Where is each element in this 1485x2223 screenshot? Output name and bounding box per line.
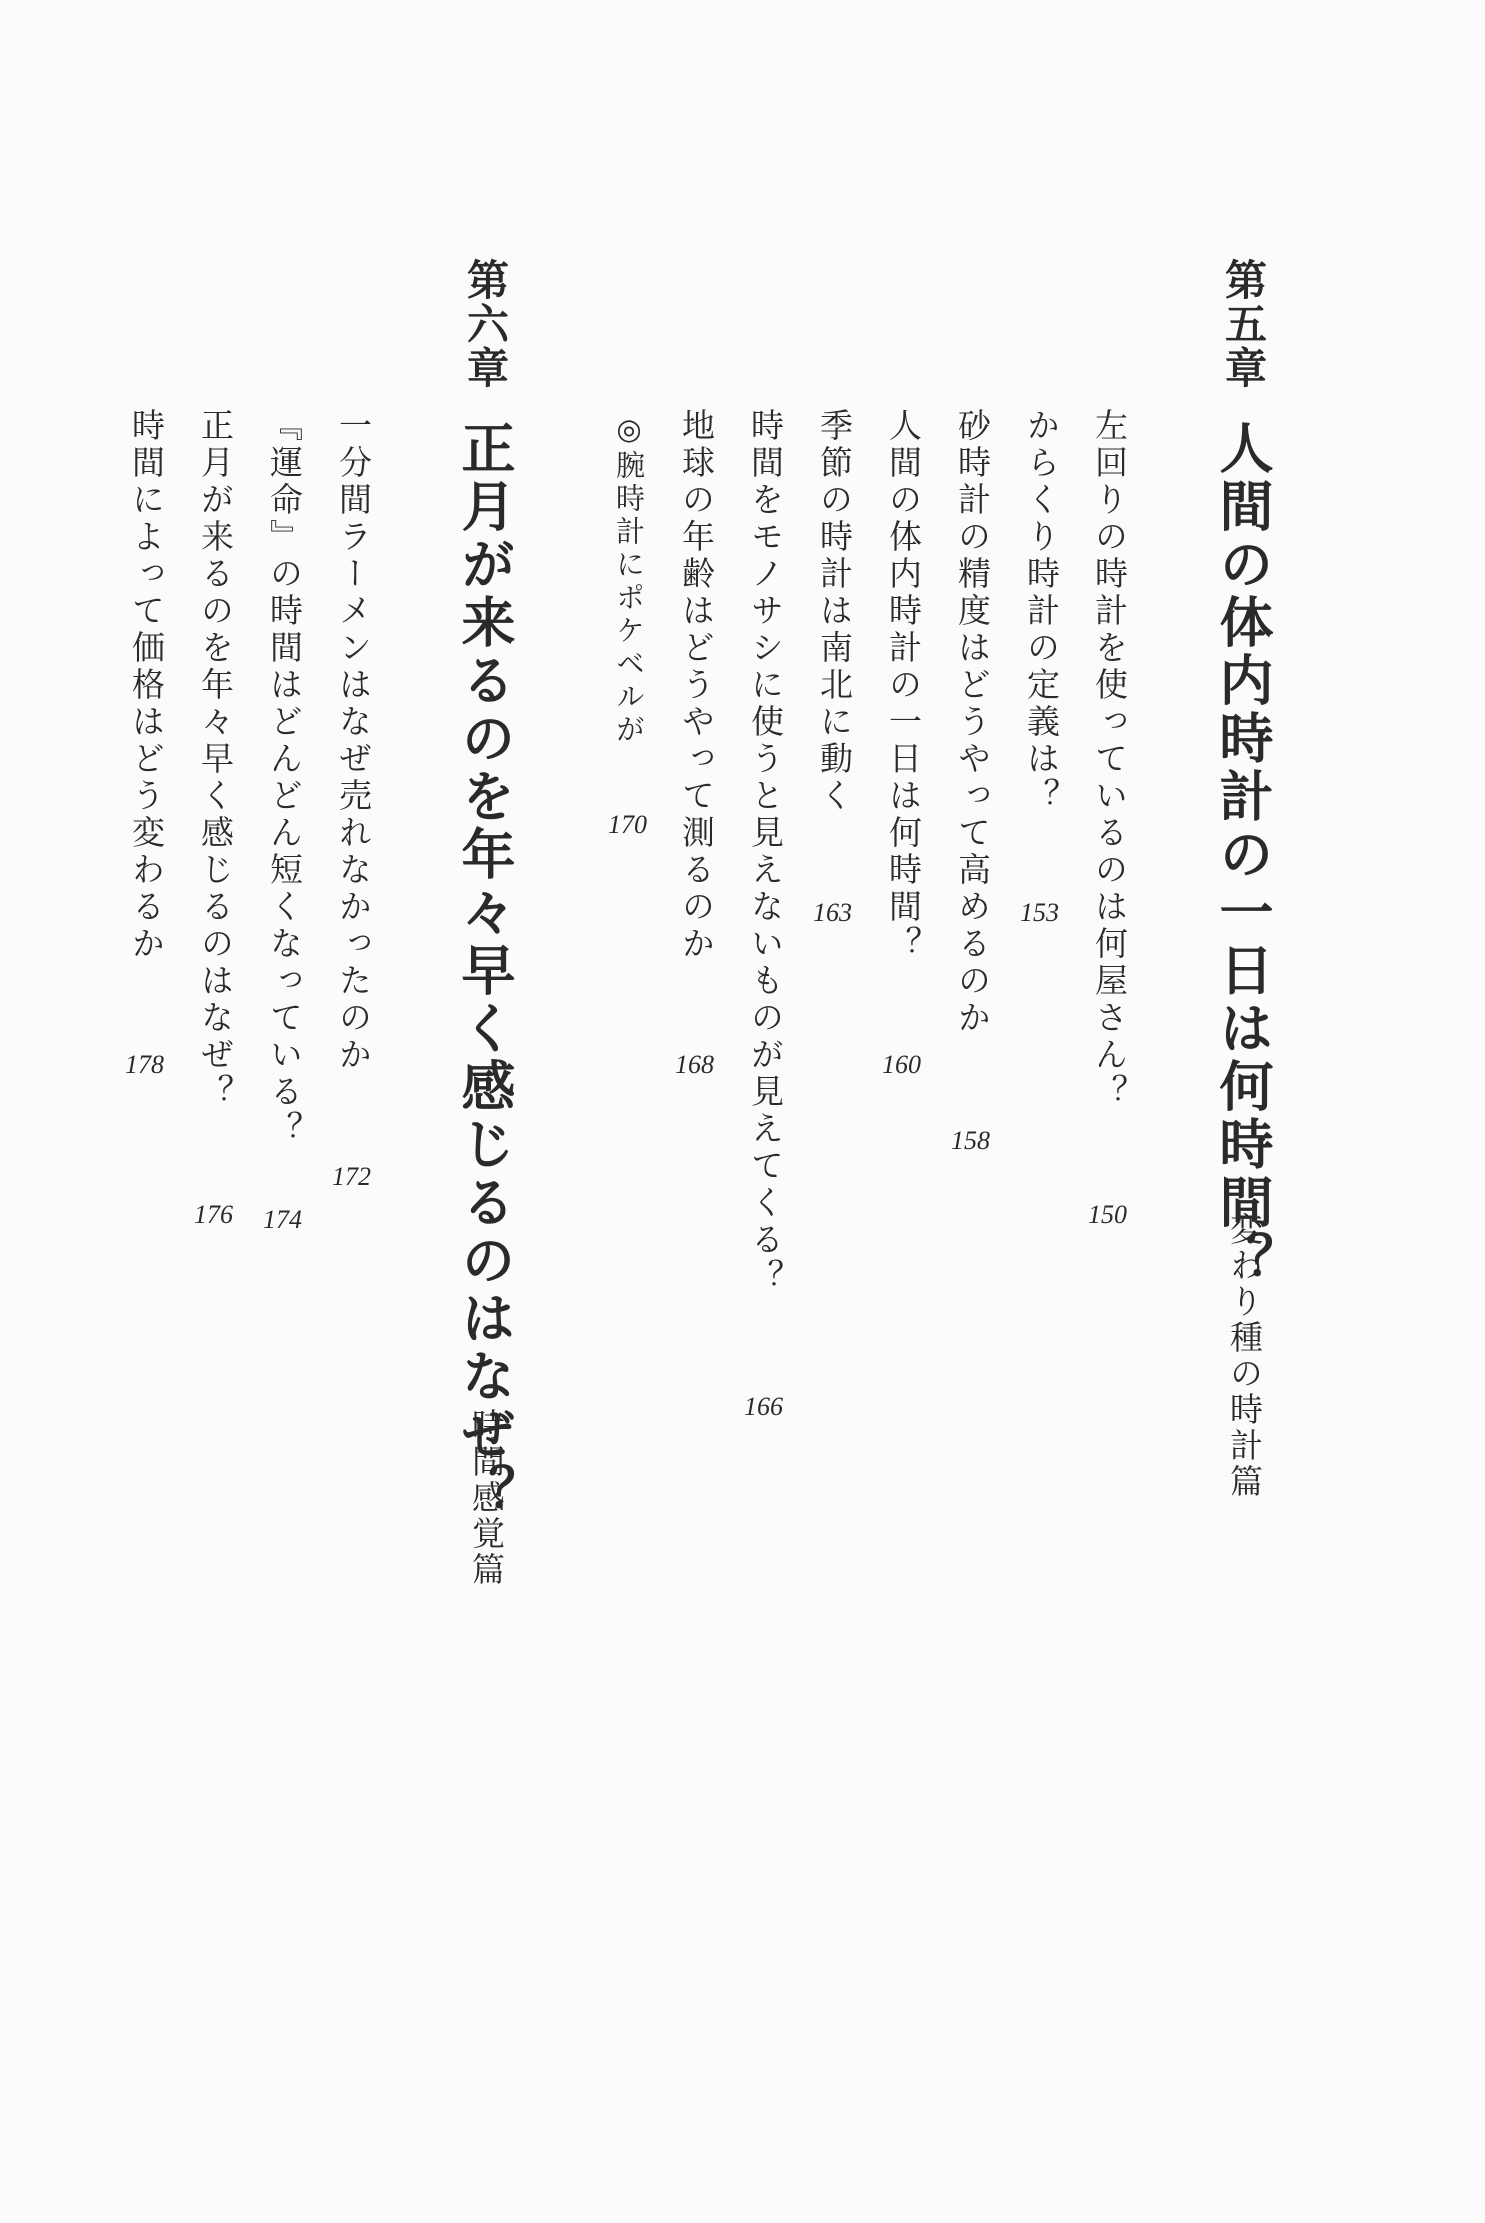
toc-entry[interactable]: 人間の体内時計の一日は何時間？ [887, 408, 920, 963]
page-number: 178 [125, 1050, 164, 1080]
toc-entry[interactable]: 時間をモノサシに使うと見えないものが見えてくる？ [749, 408, 782, 1296]
toc-entry[interactable]: 『運命』の時間はどんどん短くなっている？ [268, 408, 301, 1148]
page-number: 172 [332, 1162, 371, 1192]
toc-entry[interactable]: からくり時計の定義は？ [1025, 408, 1058, 815]
toc-entry[interactable]: 正月が来るのを年々早く感じるのはなぜ？ [199, 408, 232, 1111]
chapter-5-subtitle: 変わり種の時計篇 [1228, 1212, 1261, 1500]
page-number: 158 [951, 1126, 990, 1156]
page-number: 150 [1088, 1200, 1127, 1230]
page-number: 153 [1020, 898, 1059, 928]
chapter-6-subtitle: 時間感覚篇 [470, 1408, 503, 1588]
page-number: 163 [813, 898, 852, 928]
chapter-6-title: 正月が来るのを年々早く感じるのはなぜ？ [458, 420, 512, 1522]
page-number: 176 [194, 1200, 233, 1230]
toc-entry[interactable]: ◎腕時計にポケベルが [614, 412, 643, 747]
toc-entry[interactable]: 時間によって価格はどう変わるか [130, 408, 163, 963]
chapter-5-label: 第五章 [1222, 258, 1264, 390]
chapter-5-title: 人間の体内時計の一日は何時間？ [1216, 420, 1270, 1290]
toc-entry[interactable]: 砂時計の精度はどうやって高めるのか [956, 408, 989, 1037]
toc-entry[interactable]: 左回りの時計を使っているのは何屋さん？ [1093, 408, 1126, 1111]
page-number: 168 [675, 1050, 714, 1080]
page-number: 166 [744, 1392, 783, 1422]
page-number: 170 [608, 810, 647, 840]
toc-entry[interactable]: 一分間ラーメンはなぜ売れなかったのか [337, 408, 370, 1074]
page-number: 160 [882, 1050, 921, 1080]
chapter-6-label: 第六章 [464, 258, 506, 390]
toc-entry[interactable]: 地球の年齢はどうやって測るのか [680, 408, 713, 963]
page-number: 174 [263, 1205, 302, 1235]
toc-entry[interactable]: 季節の時計は南北に動く [818, 408, 851, 815]
